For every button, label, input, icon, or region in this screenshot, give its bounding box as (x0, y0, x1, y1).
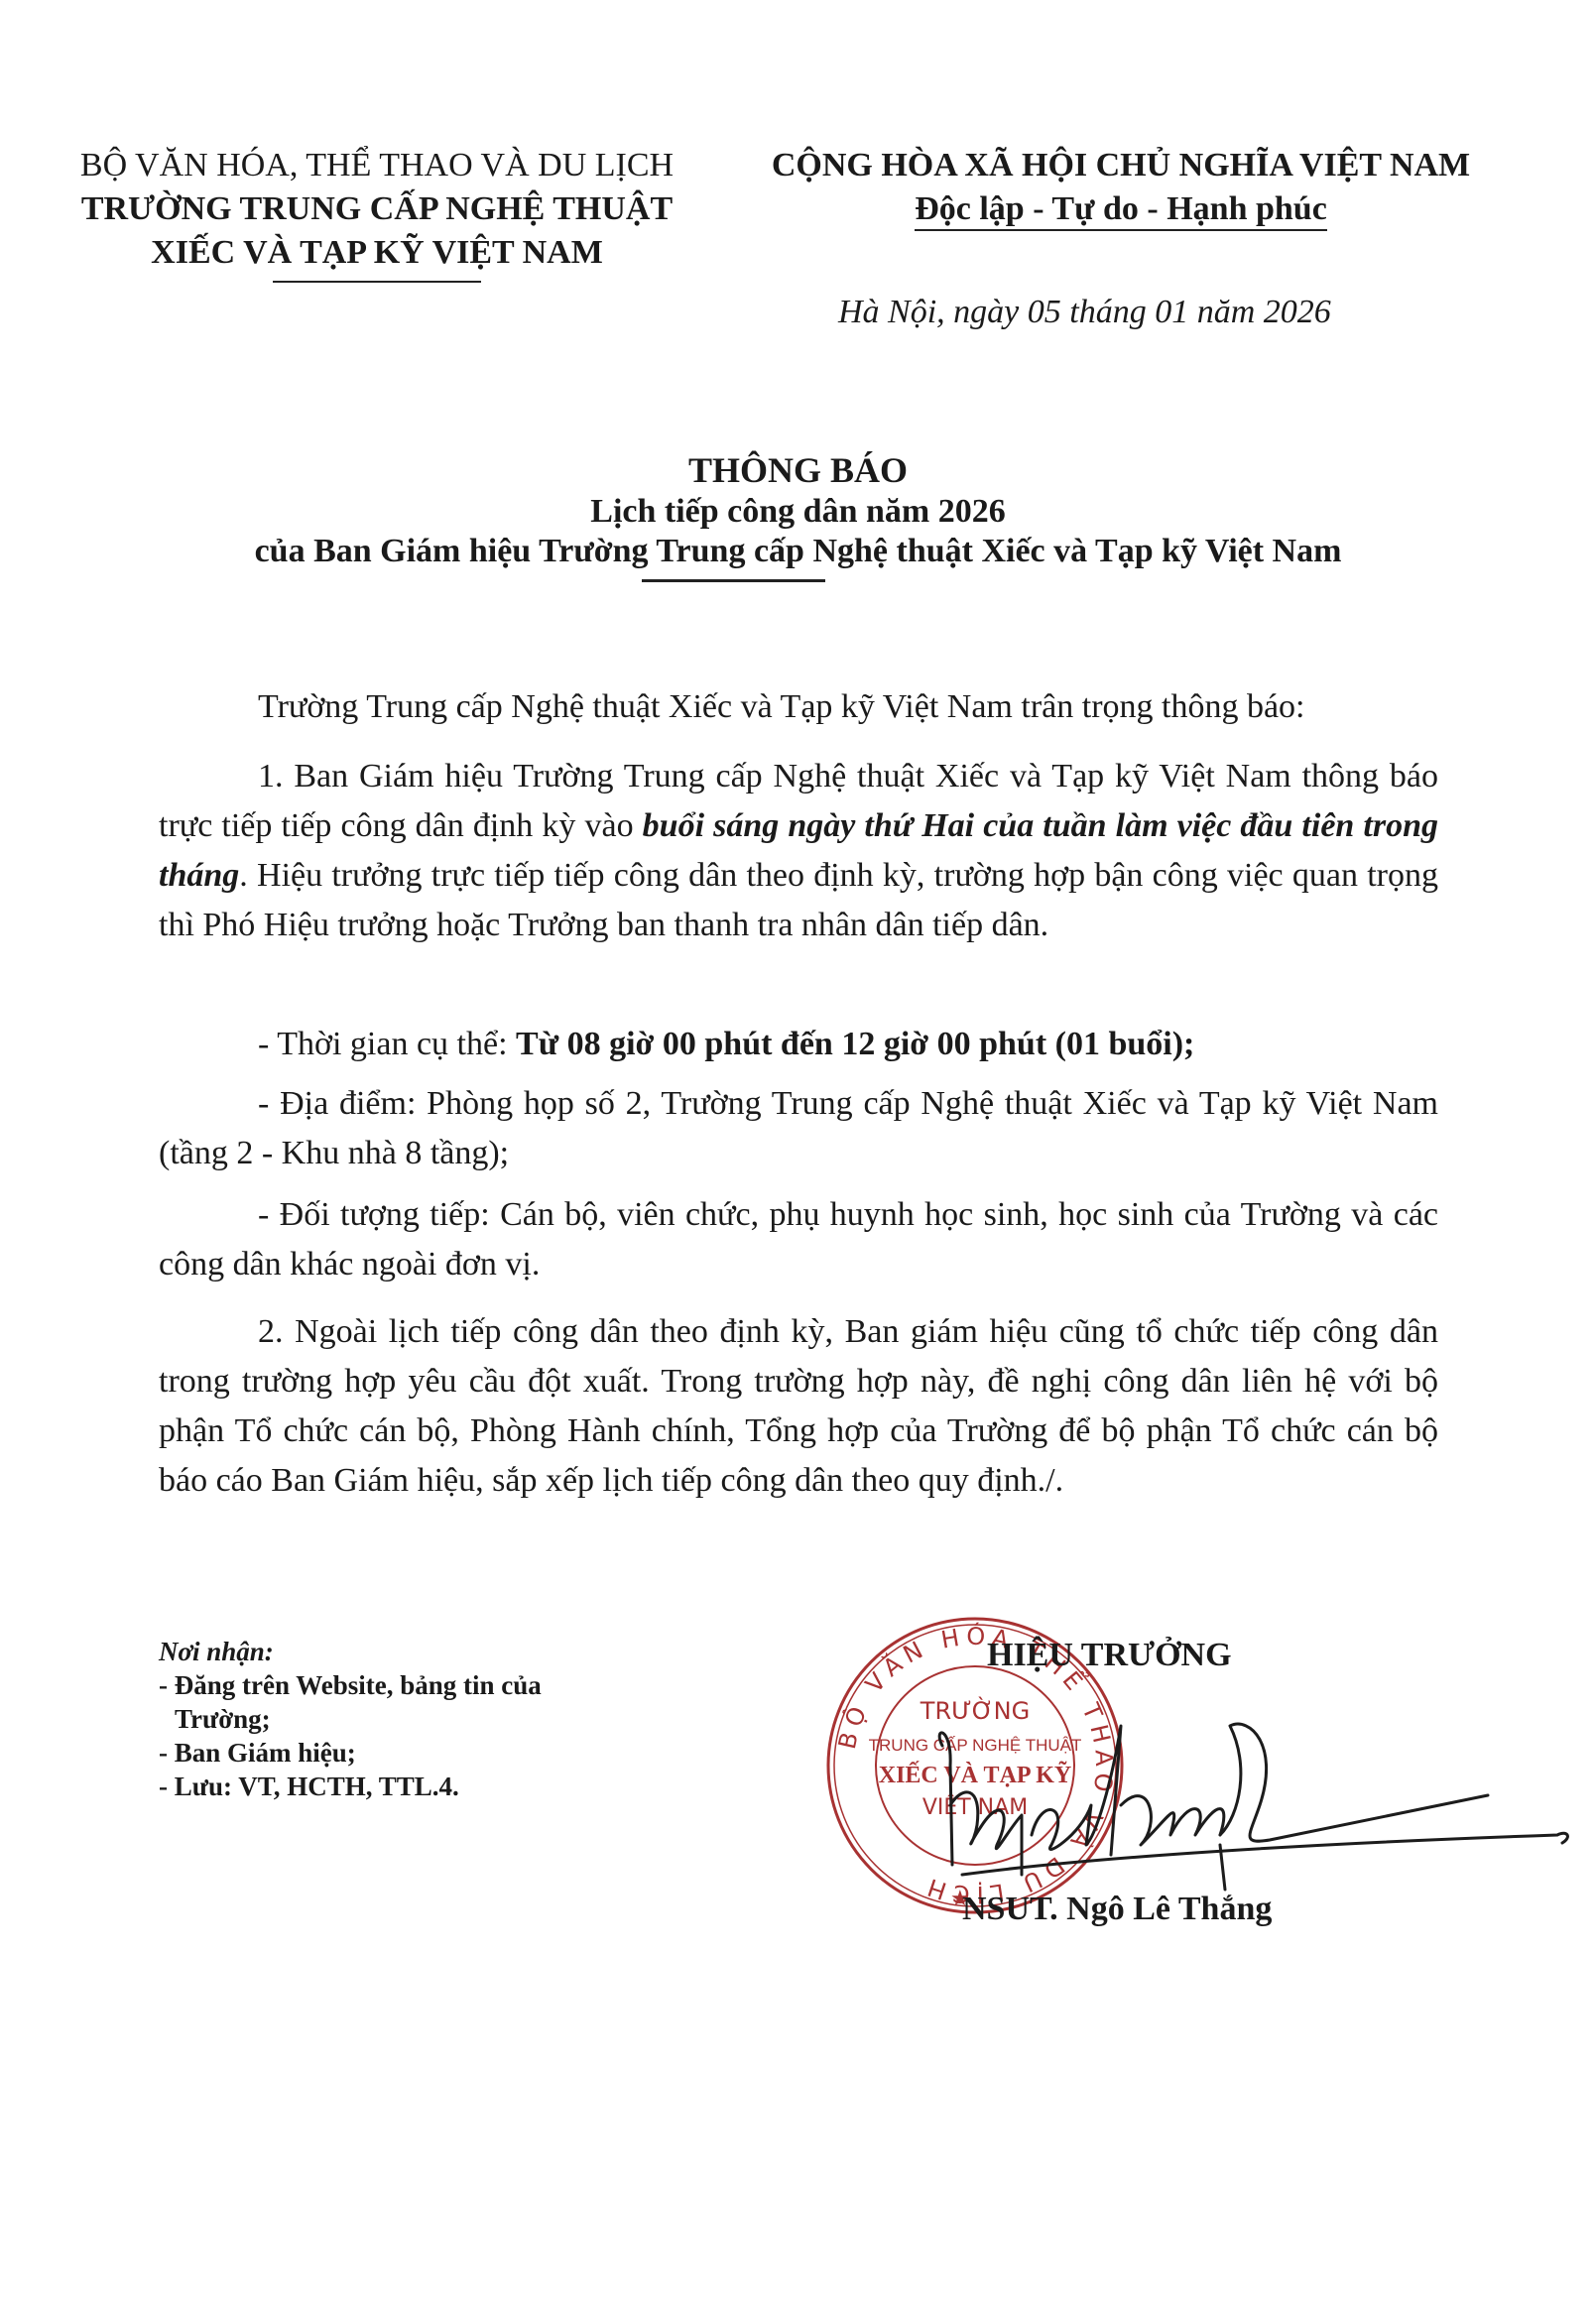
section-1-text-cont: . Hiệu trưởng trực tiếp tiếp công dân th… (159, 857, 1438, 943)
place-item: - Địa điểm: Phòng họp số 2, Trường Trung… (159, 1079, 1438, 1178)
document-subject-line2: của Ban Giám hiệu Trường Trung cấp Nghệ … (0, 532, 1596, 571)
time-item: - Thời gian cụ thể: Từ 08 giờ 00 phút đế… (159, 1020, 1438, 1069)
issuing-authority: BỘ VĂN HÓA, THỂ THAO VÀ DU LỊCH TRƯỜNG T… (40, 144, 714, 283)
place-text: - Địa điểm: Phòng họp số 2, Trường Trung… (159, 1079, 1438, 1178)
recipient-item: - Đăng trên Website, bảng tin của Trường… (159, 1668, 611, 1736)
recipient-item: - Ban Giám hiệu; (159, 1736, 611, 1770)
intro-text: Trường Trung cấp Nghệ thuật Xiếc và Tạp … (159, 682, 1438, 732)
target-item: - Đối tượng tiếp: Cán bộ, viên chức, phụ… (159, 1190, 1438, 1289)
section-2-text: 2. Ngoài lịch tiếp công dân theo định kỳ… (159, 1307, 1438, 1506)
title-divider (642, 579, 825, 582)
recipients-heading: Nơi nhận: (159, 1635, 611, 1668)
recipient-item: - Lưu: VT, HCTH, TTL.4. (159, 1770, 611, 1803)
handwritten-signature-icon (922, 1686, 1577, 1904)
country-name: CỘNG HÒA XÃ HỘI CHỦ NGHĨA VIỆT NAM (734, 144, 1508, 187)
section-1-paragraph: 1. Ban Giám hiệu Trường Trung cấp Nghệ t… (159, 752, 1438, 950)
document-subject-line1: Lịch tiếp công dân năm 2026 (0, 492, 1596, 532)
ministry-name: BỘ VĂN HÓA, THỂ THAO VÀ DU LỊCH (40, 144, 714, 187)
header-left-divider (273, 281, 481, 283)
target-text: - Đối tượng tiếp: Cán bộ, viên chức, phụ… (159, 1190, 1438, 1289)
signer-title: HIỆU TRƯỞNG (987, 1637, 1232, 1674)
document-type: THÔNG BÁO (0, 448, 1596, 492)
national-header: CỘNG HÒA XÃ HỘI CHỦ NGHĨA VIỆT NAM Độc l… (734, 144, 1508, 231)
place-date: Hà Nội, ngày 05 tháng 01 năm 2026 (838, 294, 1331, 331)
school-name-line2: XIẾC VÀ TẠP KỸ VIỆT NAM (40, 231, 714, 275)
school-name-line1: TRƯỜNG TRUNG CẤP NGHỆ THUẬT (40, 187, 714, 231)
national-motto: Độc lập - Tự do - Hạnh phúc (915, 189, 1327, 231)
time-value: Từ 08 giờ 00 phút đến 12 giờ 00 phút (01… (516, 1026, 1194, 1062)
signer-name: NSUT. Ngô Lê Thắng (962, 1891, 1272, 1928)
recipients-block: Nơi nhận: - Đăng trên Website, bảng tin … (159, 1635, 611, 1803)
time-label: - Thời gian cụ thể: (258, 1026, 516, 1062)
section-2-paragraph: 2. Ngoài lịch tiếp công dân theo định kỳ… (159, 1307, 1438, 1506)
document-title: THÔNG BÁO Lịch tiếp công dân năm 2026 củ… (0, 448, 1596, 582)
intro-paragraph: Trường Trung cấp Nghệ thuật Xiếc và Tạp … (159, 682, 1438, 732)
